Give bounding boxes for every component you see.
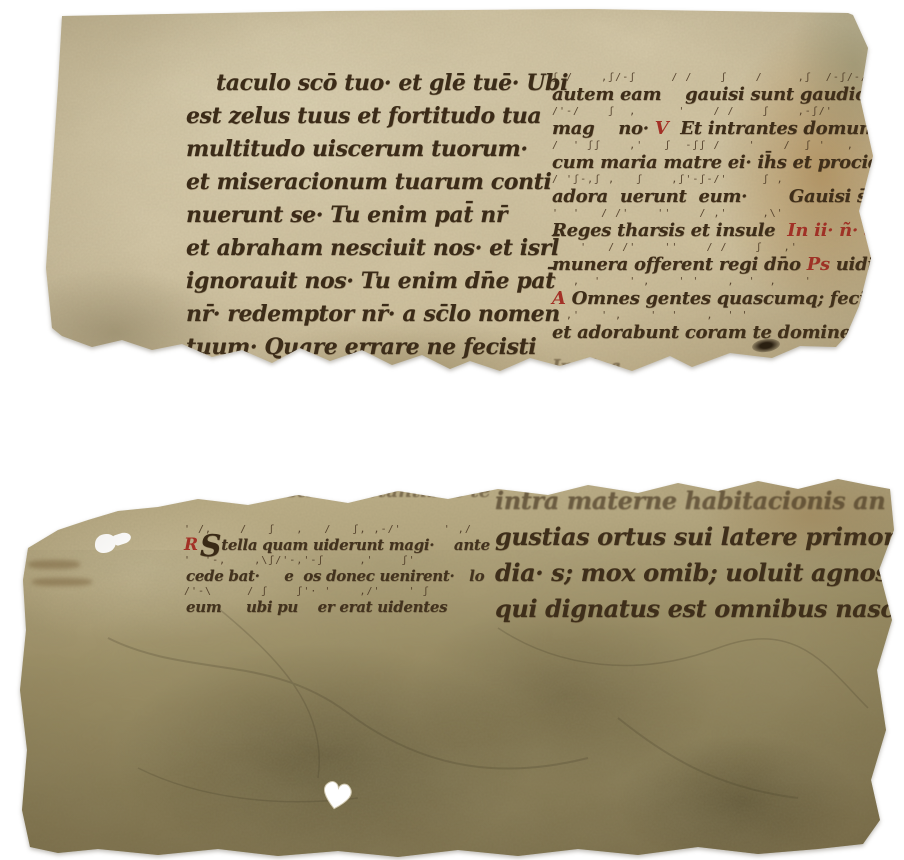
versicle-mark: V xyxy=(655,118,669,139)
manuscript-line: nuerunt se· Tu enim pat̄ nr̄ xyxy=(186,202,566,235)
chant-text: et adorabunt coram te domine· xyxy=(552,322,863,343)
top-right-text-column: ʃ / ,ʃ/-ʃ / / ʃ / ,ʃ /-ʃ/-/- autem eam g… xyxy=(552,72,882,378)
chant-line: / ' ʃʃ ,' ʃ -ʃʃ / ' / ʃ ' , cum maria ma… xyxy=(552,140,882,174)
chant-text: uidieni· xyxy=(830,254,904,275)
manuscript-line: ignorauit nos· Tu enim dn̄e pat̄ xyxy=(186,268,566,301)
top-fragment: taculo scō tuo· et glē tuē· Ubi est zelu… xyxy=(30,6,880,376)
top-left-text-column: taculo scō tuo· et glē tuē· Ubi est zelu… xyxy=(186,70,566,367)
chant-line: ' ' / /' '' / ,' ,\' Reges tharsis et in… xyxy=(552,208,882,242)
neume-row: / ' ʃʃ ,' ʃ -ʃʃ / ' / ʃ ' , xyxy=(552,140,882,152)
chant-line: / 'ʃ-,ʃ , ʃ ,ʃ'-ʃ-/' ʃ , adora uerunt eu… xyxy=(552,174,882,208)
neume-row: / 'ʃ-,ʃ , ʃ ,ʃ'-ʃ-/' ʃ , xyxy=(552,174,882,186)
manuscript-line: taculo scō tuo· et glē tuē· Ubi xyxy=(186,70,566,103)
neume-row xyxy=(552,344,882,356)
chant-text: munera offerent regi dn̄o xyxy=(552,254,807,275)
manuscript-line: dia· s; mox omib; uoluit agnosci· xyxy=(495,558,875,594)
chant-line: ' , ' ' , ' ' , ' , ' A Omnes gentes qua… xyxy=(552,276,882,310)
chant-text: Et intrantes domum xyxy=(668,118,877,139)
manuscript-line: est zelus tuus et fortitudo tua xyxy=(186,103,566,136)
parchment-hole xyxy=(113,531,133,547)
faded-marginal-smudge xyxy=(28,560,80,569)
neume-row: ʃ / ,ʃ/-ʃ / / ʃ / ,ʃ /-ʃ/-/- xyxy=(552,72,882,84)
manuscript-photo: taculo scō tuo· et glē tuē· Ubi est zelu… xyxy=(0,0,904,860)
chant-text: tella quam uiderunt magi· ante xyxy=(221,536,490,554)
psalm-rubric: Ps· xyxy=(863,322,892,343)
chant-line: ʃ / ,ʃ/-ʃ / / ʃ / ,ʃ /-ʃ/-/- autem eam g… xyxy=(552,72,882,106)
bottom-fragment-parchment: parasti expectantibus te ' /, / ʃ , / ʃ,… xyxy=(18,468,898,858)
responsory-mark: R xyxy=(184,535,198,555)
neume-row: ' , ' ' , ' ' , ' , ' xyxy=(552,276,882,288)
chant-text: cum maria matre ei· ih̄s et procidentes xyxy=(552,152,904,173)
chant-text: adora uerunt eum· Gauisi s̄· xyxy=(552,186,873,207)
chant-line: ' ' / /' '' / / ʃ ,' munera offerent reg… xyxy=(552,242,882,276)
chant-text: cede bat· e os donec uenirent· lo xyxy=(186,567,484,585)
chant-text: Omnes gentes quascumq; fecisti uenient xyxy=(572,288,904,309)
faded-marginal-smudge xyxy=(32,578,92,586)
chant-text: Inclina xyxy=(552,356,621,377)
manuscript-line: et miseracionum tuarum conti xyxy=(186,169,566,202)
antiphon-initial: A xyxy=(552,288,572,309)
manuscript-line: et abraham nesciuit nos· et isrl̄ xyxy=(186,235,566,268)
neume-row: /'-/ ʃ , ' / / ʃ ,-ʃ/' xyxy=(552,106,882,118)
chant-text: mag no· xyxy=(552,118,655,139)
top-fragment-parchment: taculo scō tuo· et glē tuē· Ubi est zelu… xyxy=(30,6,880,376)
manuscript-line: nr̄· redemptor nr̄· a sc̄lo nomen xyxy=(186,301,566,334)
neume-row: ' ,' ' , ' ' , ' ' xyxy=(552,310,882,322)
parchment-veins xyxy=(108,608,868,802)
chant-line: Inclina xyxy=(552,344,882,378)
neume-row: ' ' / /' '' / ,' ,\' xyxy=(552,208,882,220)
manuscript-line: gustias ortus sui latere primor xyxy=(495,522,875,558)
faded-first-line: parasti expectantibus te xyxy=(240,480,491,502)
chant-line: /'-/ ʃ , ' / / ʃ ,-ʃ/' mag no· V Et intr… xyxy=(552,106,882,140)
manuscript-line: tuum· Quare errare ne fecisti xyxy=(186,334,566,367)
bottom-fragment: parasti expectantibus te ' /, / ʃ , / ʃ,… xyxy=(18,468,898,858)
manuscript-line: intra materne habitacionis an xyxy=(495,486,875,522)
chant-text: autem eam gauisi sunt gaudio xyxy=(552,84,867,105)
manuscript-line: qui dignatus est omnibus nasci· xyxy=(495,594,875,630)
chant-text: Reges tharsis et insule xyxy=(552,220,787,241)
bottom-right-text-column: intra materne habitacionis an gustias or… xyxy=(495,486,875,630)
psalm-rubric: Ps xyxy=(807,254,830,275)
chant-text: eum ubi pu er erat uidentes xyxy=(186,598,447,616)
heart-shaped-hole xyxy=(318,776,356,814)
manuscript-line: multitudo uiscerum tuorum· xyxy=(186,136,566,169)
chant-line: ' ,' ' , ' ' , ' ' et adorabunt coram te… xyxy=(552,310,882,344)
nocturn-rubric: In ii· ñ· a· xyxy=(787,220,881,241)
neume-row: ' ' / /' '' / / ʃ ,' xyxy=(552,242,882,254)
